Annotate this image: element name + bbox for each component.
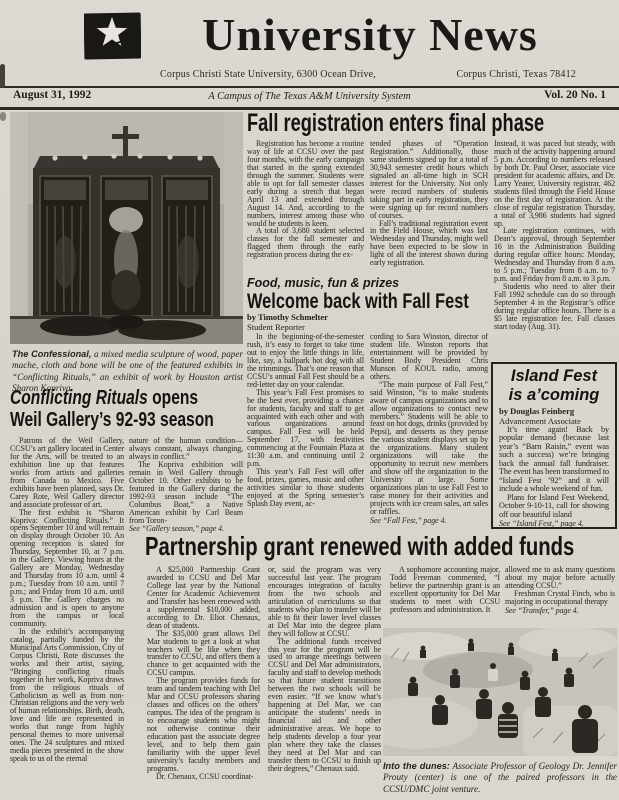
masthead-address: Corpus Christi State University, 6300 Oc… xyxy=(160,69,576,80)
island-fest-box: Island Fest is a’coming by Douglas Feinb… xyxy=(491,362,617,529)
registration-column-2: tended phases of “Operation Registration… xyxy=(370,140,488,267)
byline-title: Student Reporter xyxy=(247,323,328,333)
partnership-column-2: or, said the program was very successful… xyxy=(268,566,381,773)
confessional-photo xyxy=(10,112,243,344)
paragraph: This year’s Fall Fest promises to be the… xyxy=(247,389,364,469)
fallfest-column-2: cording to Sara Winston, director of stu… xyxy=(370,333,488,525)
partnership-jump-line: See “Transfer,” page 4. xyxy=(505,607,615,615)
address-right: Corpus Christi, Texas 78412 xyxy=(456,69,576,80)
paragraph: A sophomore accounting major, Todd Freem… xyxy=(390,566,500,614)
paragraph: Late registration continues, with Dean’s… xyxy=(494,227,615,283)
fallfest-kicker: Food, music, fun & prizes xyxy=(247,276,399,290)
paragraph: A $25,000 Partnership Grant awarded to C… xyxy=(147,566,260,630)
island-jump-line: See “Island Fest,” page 4. xyxy=(499,520,609,528)
folio-bar: August 31, 1992 A Campus of The Texas A&… xyxy=(0,89,619,105)
campus-line: A Campus of The Texas A&M University Sys… xyxy=(0,91,619,102)
volume-number: Vol. 20 No. 1 xyxy=(544,89,606,101)
paragraph: Fall’s traditional registration event in… xyxy=(370,220,488,268)
paragraph: The first exhibit is “Sharon Kopriva: Co… xyxy=(10,509,124,628)
paragraph: allowed me to ask many questions about m… xyxy=(505,566,615,590)
paragraph: or, said the program was very successful… xyxy=(268,566,381,638)
registration-column-1: Registration has become a routine way of… xyxy=(247,140,364,259)
paragraph: Plans for Island Fest Weekend, October 9… xyxy=(499,494,609,519)
newspaper-front-page: { "theme": { "paper": "#d8d5ce", "ink": … xyxy=(0,0,619,800)
paragraph: The Kopriva exhibition will remain in We… xyxy=(129,461,243,525)
fallfest-headline: Welcome back with Fall Fest xyxy=(247,290,469,314)
partnership-column-3: A sophomore accounting major, Todd Freem… xyxy=(390,566,500,614)
star-logo-icon xyxy=(84,12,141,60)
scan-artifact xyxy=(0,112,6,121)
gallery-column-1: Patrons of the Weil Gallery, CCSU’s art … xyxy=(10,437,124,763)
registration-column-3: Instead, it was paced but steady, with m… xyxy=(494,140,615,331)
partnership-column-4: allowed me to ask many questions about m… xyxy=(505,566,615,615)
gallery-headline: Conflicting Rituals opens Weil Gallery’s… xyxy=(10,388,214,431)
caption-lead: The Confessional, xyxy=(12,349,91,359)
gallery-headline-italic: Conflicting Rituals xyxy=(10,387,148,409)
fallfest-jump-line: See “Fall Fest,” page 4. xyxy=(370,517,488,525)
paragraph: The $35,000 grant allows Del Mar student… xyxy=(147,630,260,678)
paragraph: A total of 3,680 student selected classe… xyxy=(247,227,364,259)
gallery-headline-rest: opens xyxy=(148,387,198,409)
scan-artifact xyxy=(0,64,5,88)
paragraph: Instead, it was paced but steady, with m… xyxy=(494,140,615,227)
paragraph: Dr. Chenaux, CCSU coordinat- xyxy=(147,773,260,781)
paragraph: Patrons of the Weil Gallery, CCSU’s art … xyxy=(10,437,124,509)
fallfest-column-1: In the beginning-of-the-semester rush, i… xyxy=(247,333,364,508)
paragraph: The additional funds received this year … xyxy=(268,638,381,773)
caption-lead: Into the dunes: xyxy=(383,761,450,771)
paragraph: It’s time again! Back by popular demand … xyxy=(499,426,609,494)
gallery-headline-line2: Weil Gallery’s 92-93 season xyxy=(10,410,214,432)
address-left: Corpus Christi State University, 6300 Oc… xyxy=(160,69,376,80)
paragraph: Freshman Crystal Finch, who is majoring … xyxy=(505,590,615,606)
paragraph: cording to Sara Winston, director of stu… xyxy=(370,333,488,381)
partnership-column-1: A $25,000 Partnership Grant awarded to C… xyxy=(147,566,260,781)
island-headline: Island Fest is a’coming xyxy=(501,367,608,404)
dunes-caption: Into the dunes: Associate Professor of G… xyxy=(383,761,617,795)
paragraph: In the exhibit’s accompanying catalog, p… xyxy=(10,628,124,763)
paragraph: Registration has become a routine way of… xyxy=(247,140,364,227)
paragraph: The program provides funds for team and … xyxy=(147,677,260,772)
paragraph: tended phases of “Operation Registration… xyxy=(370,140,488,220)
paragraph: “The main purpose of Fall Fest,” said Wi… xyxy=(370,381,488,516)
registration-headline: Fall registration enters final phase xyxy=(247,109,544,138)
fallfest-byline: by Timothy Schmelter Student Reporter xyxy=(247,313,328,332)
gallery-column-2: nature of the human condition—always con… xyxy=(129,437,243,533)
folio-rule-top xyxy=(0,86,619,88)
paragraph: nature of the human condition—always con… xyxy=(129,437,243,461)
island-body: It’s time again! Back by popular demand … xyxy=(499,426,609,528)
partnership-headline: Partnership grant renewed with added fun… xyxy=(145,531,574,562)
paragraph: In the beginning-of-the-semester rush, i… xyxy=(247,333,364,389)
island-byline: by Douglas Feinberg Advancement Associat… xyxy=(499,407,609,426)
paragraph: This year’s Fall Fest will offer food, p… xyxy=(247,468,364,508)
paragraph: Students who need to alter their Fall 19… xyxy=(494,283,615,331)
dunes-photo xyxy=(383,628,617,756)
page-title: University News xyxy=(148,10,592,60)
